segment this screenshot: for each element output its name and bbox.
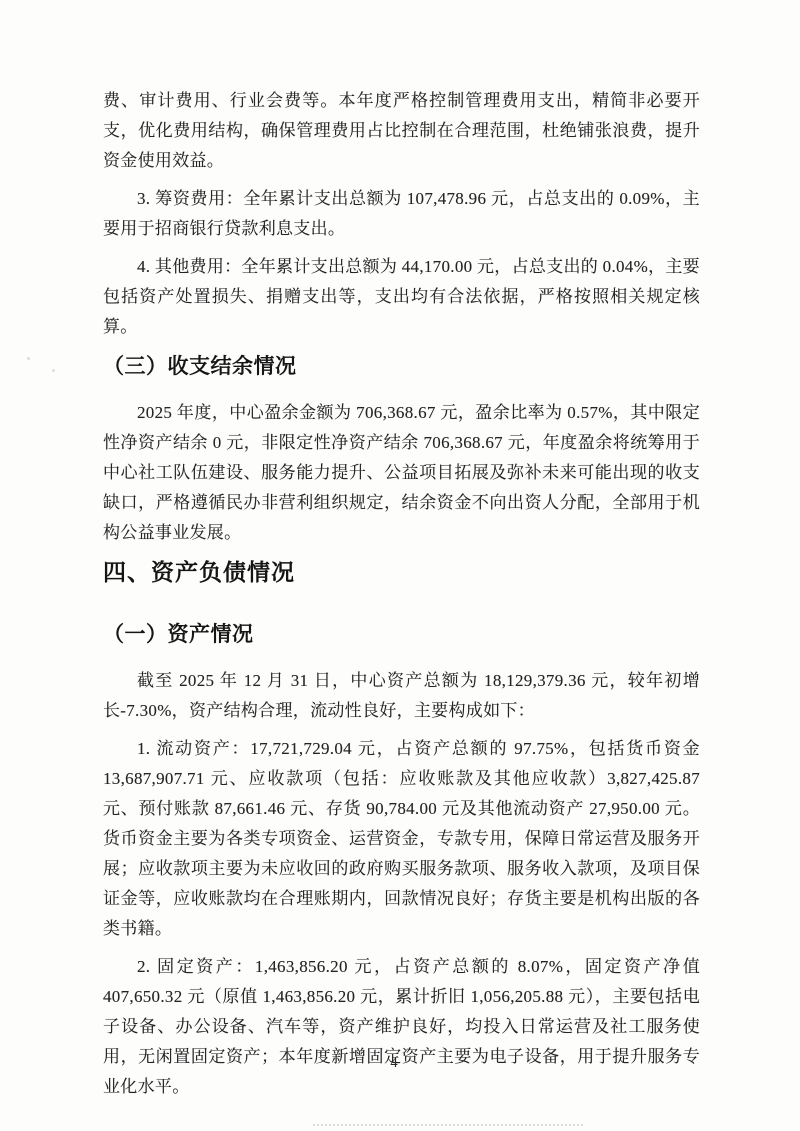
body-paragraph-other-expense: 4. 其他费用：全年累计支出总额为 44,170.00 元，占总支出的 0.04…: [103, 252, 700, 342]
body-paragraph-continuation: 费、审计费用、行业会费等。本年度严格控制管理费用支出，精简非必要开支，优化费用结…: [103, 86, 700, 176]
body-paragraph-total-assets: 截至 2025 年 12 月 31 日，中心资产总额为 18,129,379.3…: [103, 666, 700, 726]
section-heading-assets-liabilities: 四、资产负债情况: [103, 556, 700, 590]
subsection-heading-assets: （一）资产情况: [103, 618, 700, 650]
page-content: 费、审计费用、行业会费等。本年度严格控制管理费用支出，精简非必要开支，优化费用结…: [103, 86, 700, 1110]
body-paragraph-current-assets: 1. 流动资产：17,721,729.04 元，占资产总额的 97.75%，包括…: [103, 734, 700, 944]
body-paragraph-surplus: 2025 年度，中心盈余金额为 706,368.67 元，盈余比率为 0.57%…: [103, 398, 700, 548]
scan-speck: [52, 369, 55, 372]
page-number: 4: [0, 1054, 794, 1072]
body-paragraph-fixed-assets: 2. 固定资产：1,463,856.20 元，占资产总额的 8.07%，固定资产…: [103, 952, 700, 1102]
body-paragraph-financing-expense: 3. 筹资费用：全年累计支出总额为 107,478.96 元，占总支出的 0.0…: [103, 184, 700, 244]
scan-artifact-bottom-edge: [313, 1124, 583, 1126]
document-page: 费、审计费用、行业会费等。本年度严格控制管理费用支出，精简非必要开支，优化费用结…: [0, 0, 800, 1131]
subsection-heading-balance-of-income: （三）收支结余情况: [103, 350, 700, 382]
scan-speck: [27, 357, 30, 360]
